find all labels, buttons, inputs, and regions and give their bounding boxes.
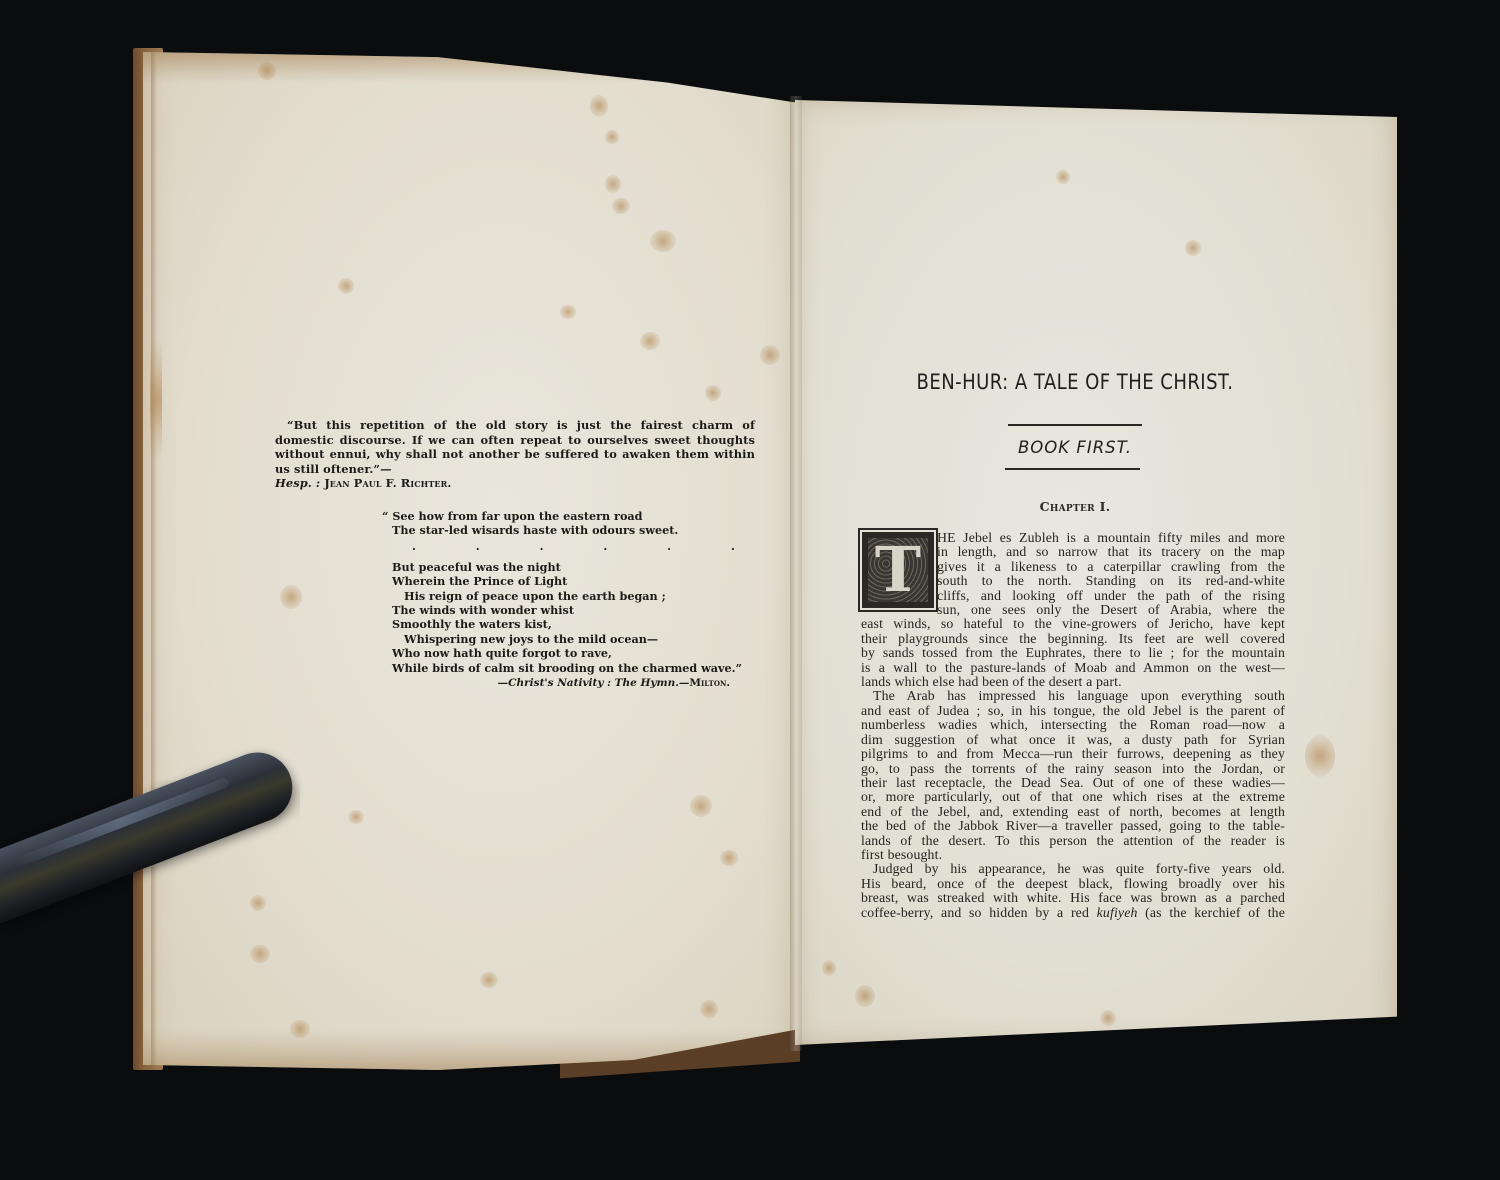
italic-word: kufiyeh [1097, 905, 1138, 920]
poem-line: His reign of peace upon the earth began … [382, 589, 742, 603]
epigraph-richter: “But this repetition of the old story is… [275, 418, 755, 491]
text-line: gives it a likeness to a caterpillar cra… [861, 560, 1285, 574]
chapter-body-text: HE Jebel es Zubleh is a mountain fifty m… [861, 531, 1285, 920]
poem-line: But peaceful was the night [382, 560, 742, 574]
text-line: Judged by his appearance, he was quite f… [861, 862, 1285, 876]
text-line: HE Jebel es Zubleh is a mountain fifty m… [861, 531, 1285, 545]
chapter-heading: Chapter I. [1000, 499, 1150, 514]
title-rule-bottom [1005, 468, 1140, 470]
text-line: The Arab has impressed his language upon… [861, 689, 1285, 703]
text-line: in length, and so narrow that its tracer… [861, 545, 1285, 559]
poem-line: While birds of calm sit brooding on the … [382, 661, 742, 675]
epigraph-richter-attribution: Hesp. : Jean Paul F. Richter. [275, 476, 451, 490]
text-line: lands of the desert. To this person the … [861, 834, 1285, 848]
text-line: their last receptacle, the Dead Sea. Out… [861, 776, 1285, 790]
text-line: by sands tossed from the Euphrates, ther… [861, 646, 1285, 660]
book-photo: “But this repetition of the old story is… [0, 0, 1500, 1180]
text-line: lands which else had been of the desert … [861, 675, 1285, 689]
poem-line: The winds with wonder whist [382, 603, 742, 617]
poem-line: Whispering new joys to the mild ocean— [382, 632, 742, 646]
text-line: go, to pass the torrents of the rainy se… [861, 762, 1285, 776]
poem-line: “ See how from far upon the eastern road [382, 509, 742, 523]
text-line: the bed of the Jabbok River—a traveller … [861, 819, 1285, 833]
text-line: and east of Judea ; so, in his tongue, t… [861, 704, 1285, 718]
text-line: dim suggestion of what once it was, a du… [861, 733, 1285, 747]
poem-ellipsis: . . . . . . [382, 538, 742, 554]
poem-line: The star-led wisards haste with odours s… [382, 523, 742, 537]
title-rule-top [1008, 424, 1142, 426]
text-line: numberless wadies which, intersecting th… [861, 718, 1285, 732]
text-line: pilgrims to and from Mecca—run their fur… [861, 747, 1285, 761]
poem-citation: —Christ's Nativity : The Hymn.—Milton. [382, 676, 742, 690]
book-heading: BOOK FIRST. [1000, 438, 1150, 457]
text-line: east winds, so hateful to the vine-growe… [861, 617, 1285, 631]
text-line: is a wall to the pasture-lands of Moab a… [861, 661, 1285, 675]
book-title: BEN-HUR: A TALE OF THE CHRIST. [899, 370, 1252, 394]
text-line: first besought. [861, 848, 1285, 862]
text-line: cliffs, and looking off under the path o… [861, 589, 1285, 603]
poem-line: Smoothly the waters kist, [382, 617, 742, 631]
text-line: breast, was streaked with white. His fac… [861, 891, 1285, 905]
poem-line: Who now hath quite forgot to rave, [382, 646, 742, 660]
epigraph-milton-poem: “ See how from far upon the eastern road… [382, 509, 742, 690]
text-line: or, more particularly, out of that one w… [861, 790, 1285, 804]
text-line: sun, one sees only the Desert of Arabia,… [861, 603, 1285, 617]
book-gutter [790, 96, 802, 1051]
text-line: south to the north. Standing on its red-… [861, 574, 1285, 588]
text-line: His beard, once of the deepest black, fl… [861, 877, 1285, 891]
text-line: their playgrounds since the beginning. I… [861, 632, 1285, 646]
text-line: end of the Jebel, and, extending east of… [861, 805, 1285, 819]
epigraph-richter-text: “But this repetition of the old story is… [275, 418, 755, 476]
poem-line: Wherein the Prince of Light [382, 574, 742, 588]
text-line: coffee-berry, and so hidden by a red kuf… [861, 906, 1285, 920]
